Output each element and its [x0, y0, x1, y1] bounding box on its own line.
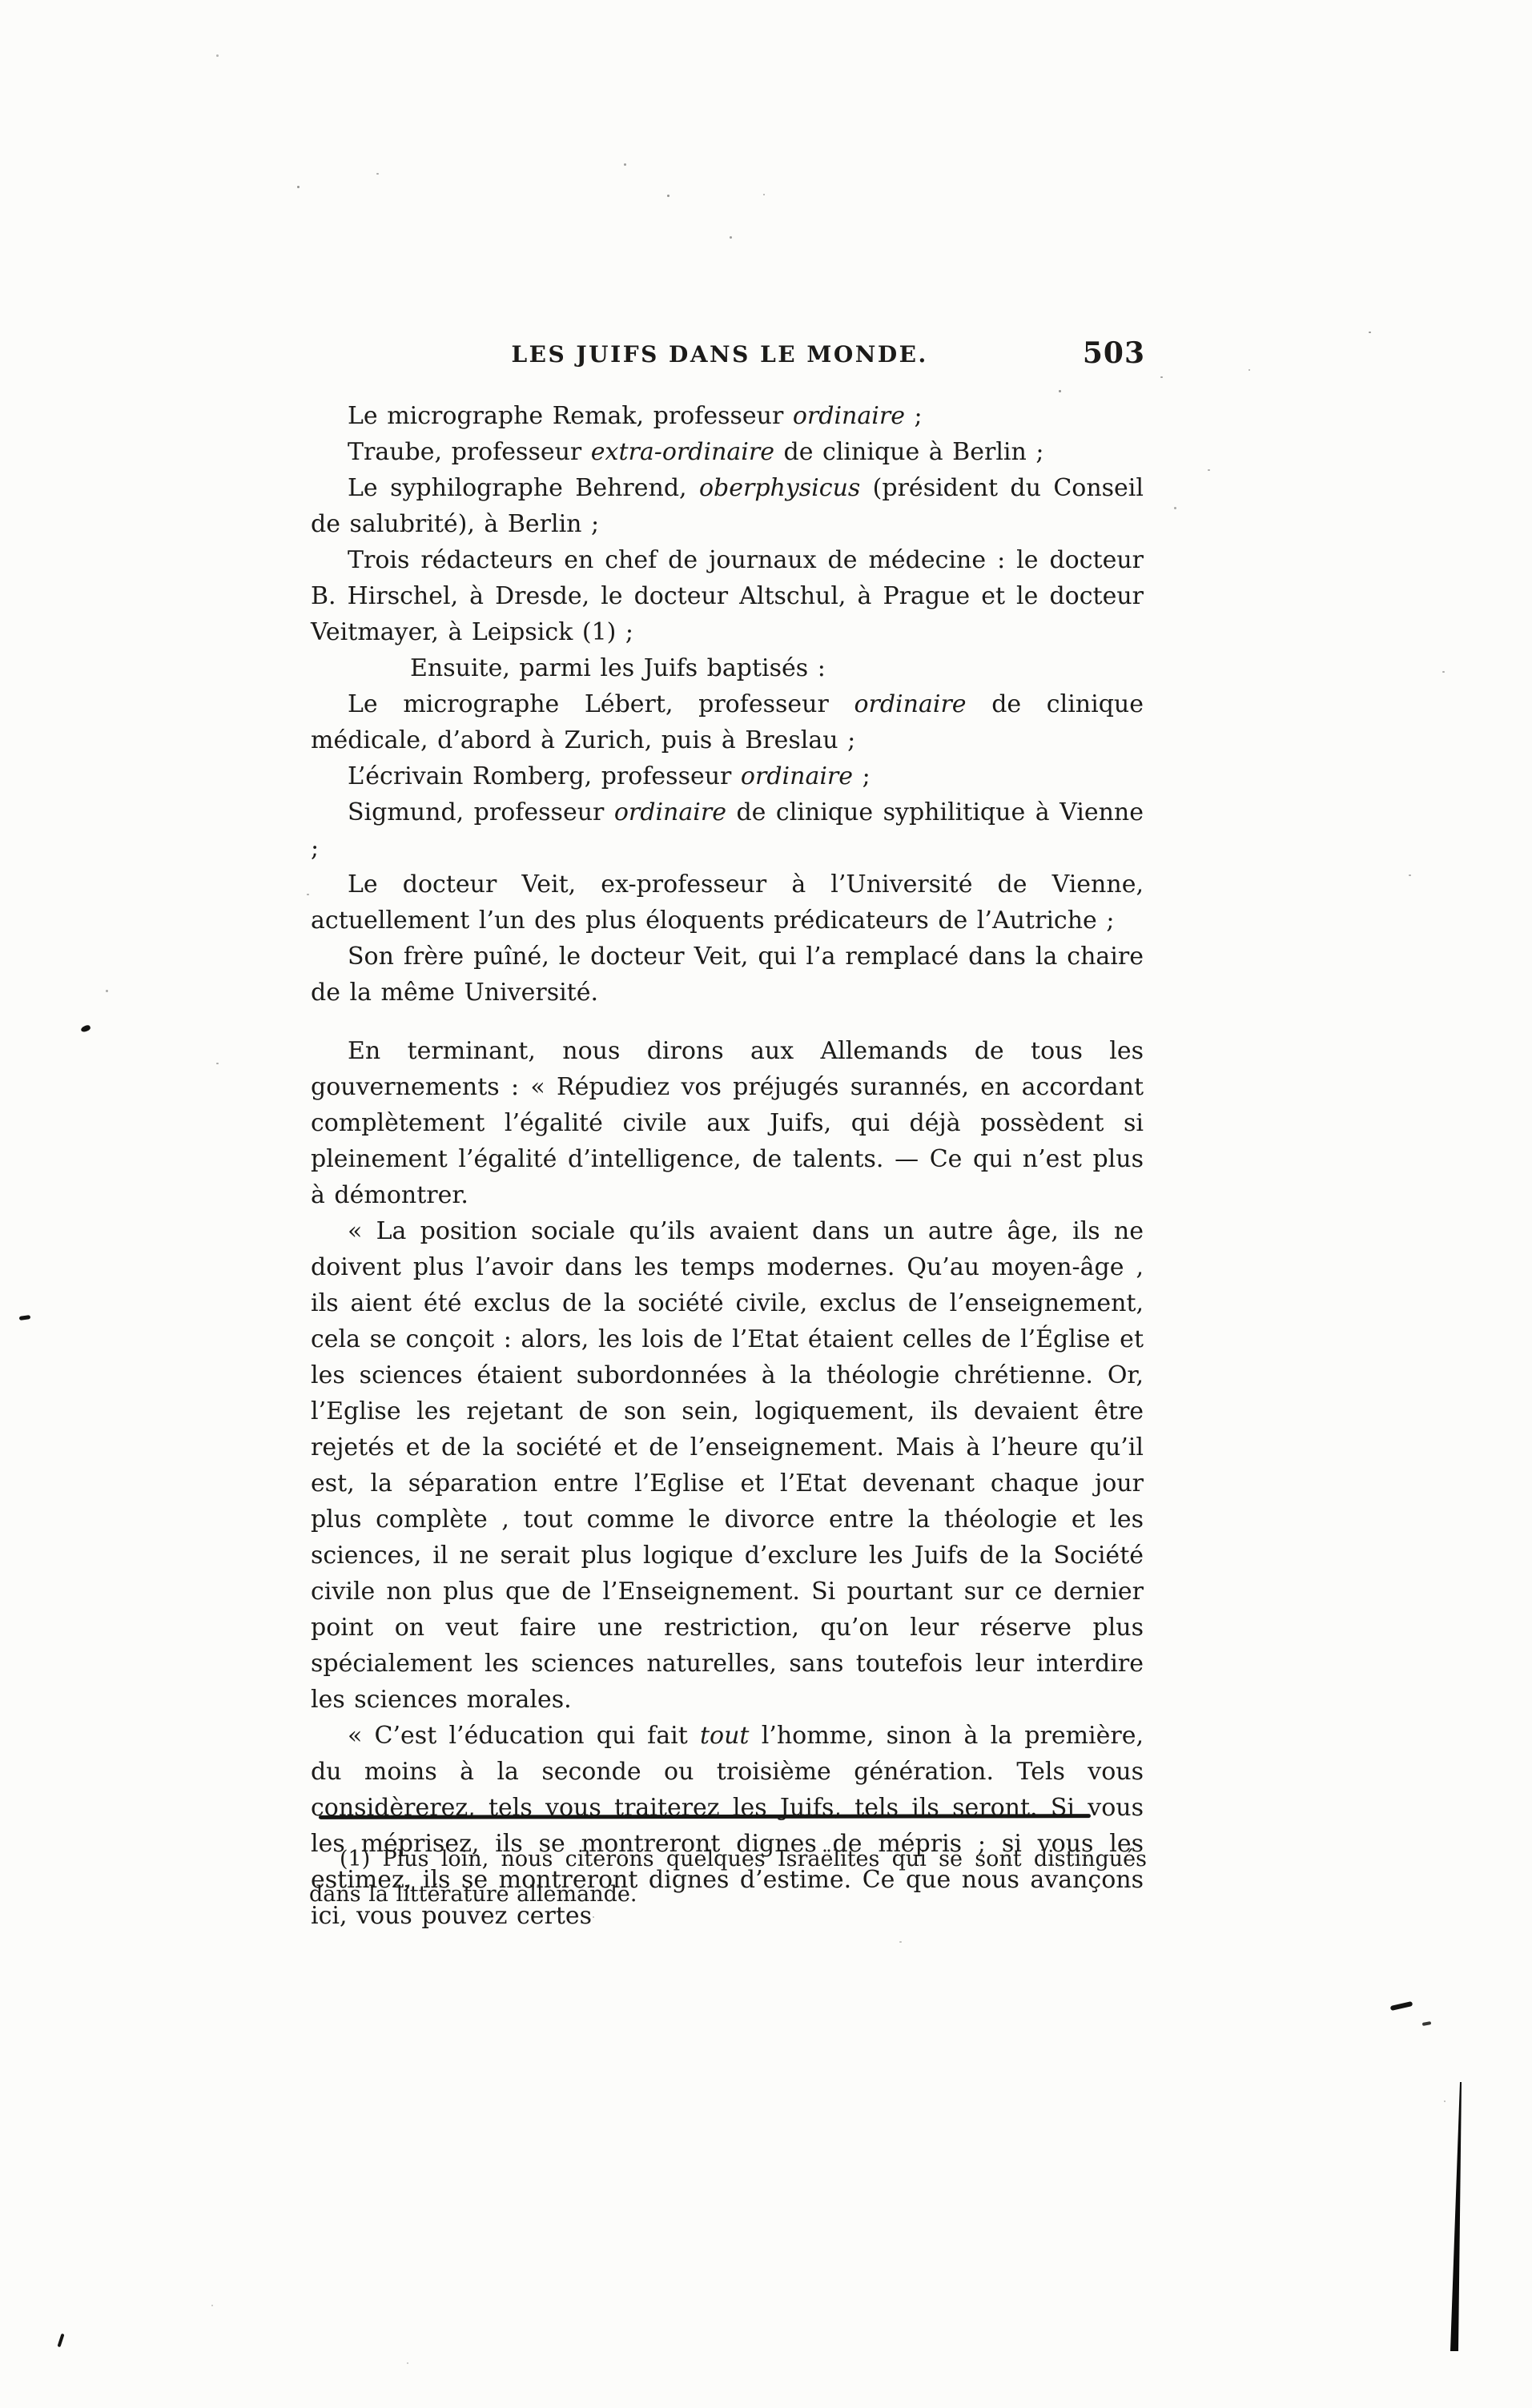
ink-stroke [80, 1024, 91, 1033]
scan-speck [593, 1916, 594, 1918]
scan-speck [297, 186, 300, 188]
running-head-title: LES JUIFS DANS LE MONDE. [511, 341, 927, 368]
ink-stroke [1422, 2021, 1432, 2026]
body-paragraph-7: L’écrivain Romberg, professeur ordinaire… [311, 758, 1144, 794]
page-body-text: Le micrographe Remak, professeur ordinai… [311, 398, 1144, 1934]
ink-stroke [57, 2334, 64, 2347]
scan-speck [407, 2362, 408, 2364]
scan-speck [307, 894, 309, 895]
scan-speck [1369, 332, 1371, 333]
scan-speck [1208, 469, 1210, 471]
body-paragraph-9: Le docteur Veit, ex-professeur à l’Unive… [311, 866, 1144, 939]
scan-speck [763, 194, 765, 195]
body-paragraph-11: En terminant, nous dirons aux Allemands … [311, 1033, 1144, 1213]
scan-speck [1409, 874, 1411, 876]
page-number: 503 [1083, 336, 1145, 370]
body-paragraph-2: Traube, professeur extra-ordinaire de cl… [311, 434, 1144, 470]
scan-speck [899, 1941, 902, 1943]
footnote: (1) Plus loin, nous citerons quelques Is… [309, 1842, 1147, 1912]
body-paragraph-5: Ensuite, parmi les Juifs baptisés : [311, 650, 1144, 686]
scan-speck [211, 2305, 213, 2306]
body-paragraph-6: Le micrographe Lébert, professeur ordina… [311, 686, 1144, 758]
body-paragraph-12: « La position sociale qu’ils avaient dan… [311, 1213, 1144, 1718]
scan-speck [106, 990, 108, 992]
scan-speck [1442, 671, 1445, 673]
scan-speck [624, 163, 626, 166]
scan-speck [667, 195, 669, 197]
scan-speck [216, 54, 219, 57]
body-paragraph-8: Sigmund, professeur ordinaire de cliniqu… [311, 794, 1144, 866]
scan-speck [730, 236, 732, 239]
body-paragraph-1: Le micrographe Remak, professeur ordinai… [311, 398, 1144, 434]
ink-stroke [1390, 2001, 1413, 2011]
ink-stroke [19, 1315, 31, 1321]
body-paragraph-3: Le syphilographe Behrend, oberphysicus (… [311, 470, 1144, 542]
scan-speck [1160, 376, 1163, 378]
footnote-text: (1) Plus loin, nous citerons quelques Is… [309, 1842, 1147, 1912]
scanned-page: LES JUIFS DANS LE MONDE. 503 Le microgra… [0, 0, 1532, 2408]
page-edge-line [1446, 2079, 1467, 2354]
running-head: LES JUIFS DANS LE MONDE. 503 [311, 336, 1145, 375]
scan-speck [1444, 2100, 1446, 2102]
scan-speck [1174, 507, 1176, 509]
scan-speck [1249, 369, 1250, 371]
scan-speck [1059, 390, 1061, 392]
body-paragraph-4: Trois rédacteurs en chef de journaux de … [311, 542, 1144, 650]
scan-speck [376, 173, 379, 175]
body-paragraph-10: Son frère puîné, le docteur Veit, qui l’… [311, 939, 1144, 1011]
scan-speck [216, 1063, 219, 1064]
